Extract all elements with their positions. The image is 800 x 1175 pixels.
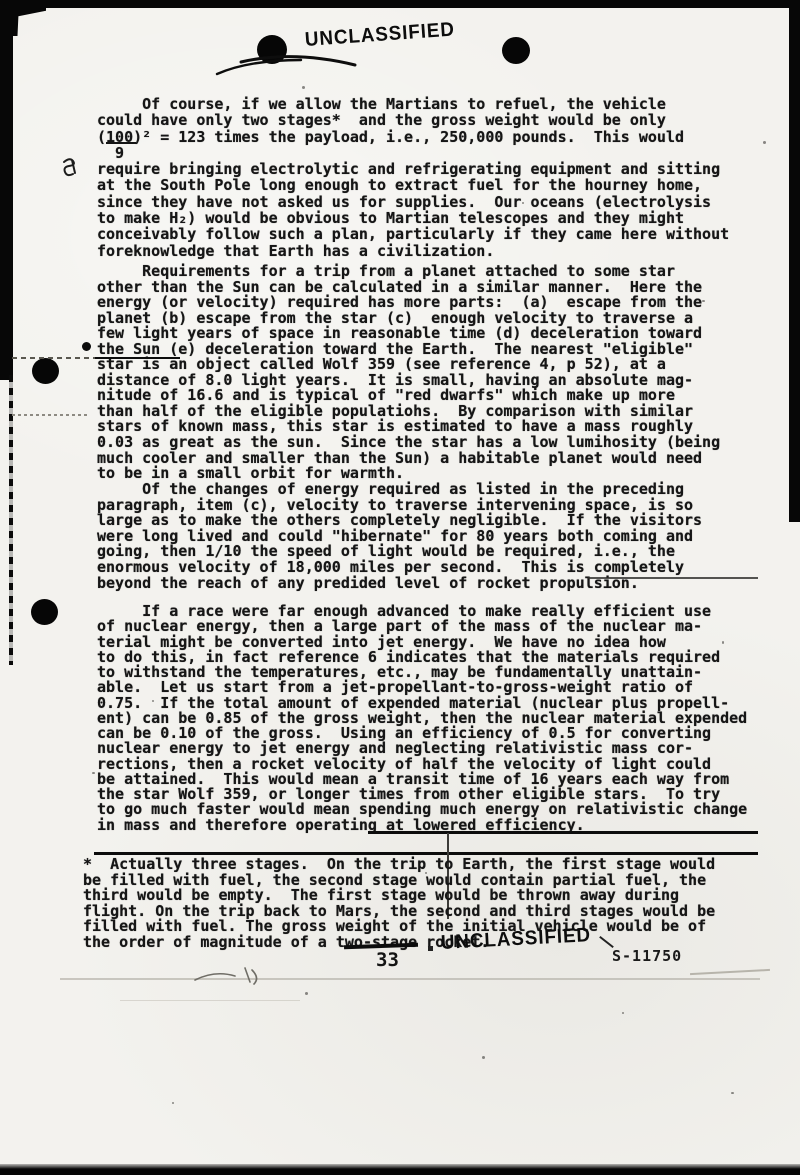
scan-border-top [0, 0, 800, 8]
hole-punch-left-lower [31, 599, 58, 625]
margin-dot-artifact [82, 342, 91, 351]
noise-speck [702, 300, 705, 302]
page-number: 33 [376, 949, 399, 971]
paragraph-nuclear-energy: If a race were far enough advanced to ma… [97, 604, 747, 833]
smudge-line-1 [60, 978, 760, 980]
dotted-artifact-left [12, 414, 90, 416]
noise-speck [172, 1102, 174, 1104]
scan-border-left [0, 20, 13, 380]
strike-line-star-is-an [95, 357, 180, 359]
smudge-line-3 [120, 1000, 300, 1001]
noise-speck [722, 641, 724, 644]
dot-artifact-bottom [428, 946, 433, 951]
margin-scribble-icon [56, 154, 84, 182]
noise-speck [205, 470, 207, 472]
scan-line-artifact-left [12, 357, 96, 359]
noise-speck [644, 522, 647, 525]
fraction-bar [106, 142, 136, 144]
document-number: S-11750 [612, 947, 682, 965]
noise-speck [302, 86, 305, 89]
scanned-document-page: UNCLASSIFIED Of course, if we allow the … [0, 0, 800, 1175]
stamp-underline-swoosh-icon [213, 48, 373, 82]
noise-speck [152, 700, 154, 702]
noise-speck [425, 872, 427, 874]
scan-border-left-thin [9, 375, 13, 665]
hole-punch-left-upper [32, 358, 59, 384]
pencil-scribble-icon [190, 960, 290, 990]
scan-border-right [789, 0, 800, 522]
noise-speck [482, 1056, 485, 1059]
noise-speck [522, 202, 524, 204]
noise-speck [622, 1012, 624, 1014]
smudge-line-2 [690, 969, 770, 975]
paragraph-martians-refuel: Of course, if we allow the Martians to r… [97, 96, 729, 259]
noise-speck [731, 1092, 734, 1094]
paragraph-trip-requirements: Requirements for a trip from a planet at… [97, 264, 720, 482]
noise-speck [763, 141, 766, 144]
hole-punch-top-right [502, 37, 530, 64]
dash-artifact-propulsion [588, 577, 758, 579]
paragraph-energy-changes: Of the changes of energy required as lis… [97, 482, 702, 591]
classification-stamp-top: UNCLASSIFIED [304, 19, 455, 52]
noise-speck [305, 992, 308, 995]
footnote-three-stages: * Actually three stages. On the trip to … [83, 857, 715, 951]
scan-border-bottom [0, 1164, 800, 1175]
noise-speck [92, 772, 95, 774]
footnote-rule-upper [368, 831, 758, 834]
